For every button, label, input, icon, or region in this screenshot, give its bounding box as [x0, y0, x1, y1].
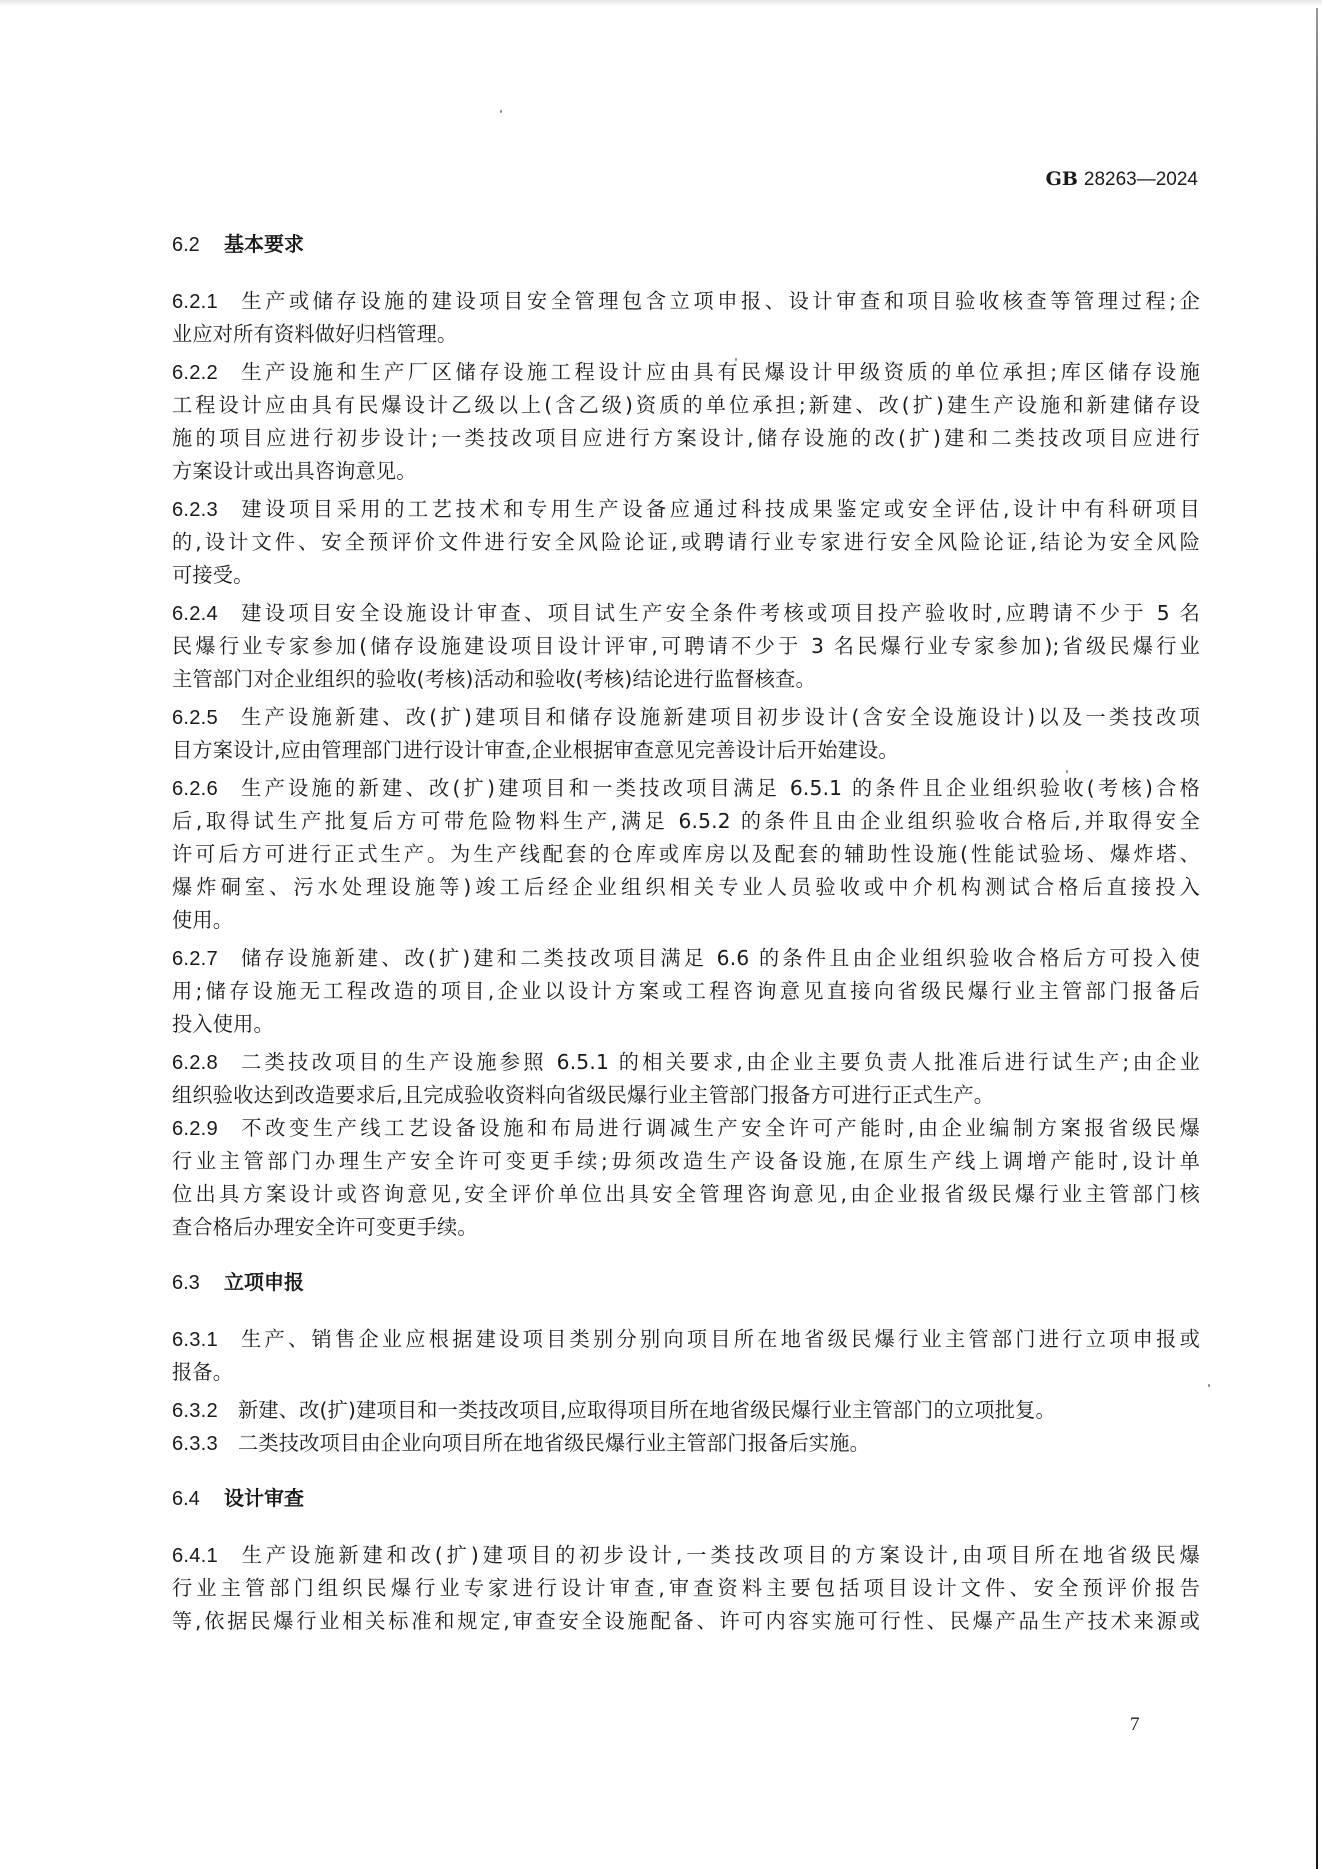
clause-text: 用;储存设施无工程改造的项目,企业以设计方案或工程咨询意见直接向省级民爆行业主管…: [172, 975, 1200, 1008]
clause-text: 主管部门对企业组织的验收(考核)活动和验收(考核)结论进行监督核查。: [172, 663, 1200, 696]
document-page: GB28263—2024 6.2基本要求 6.2.1生产或储存设施的建设项目安全…: [0, 0, 1322, 1869]
clause-number: 6.3.2: [172, 1395, 238, 1428]
clause-number: 6.2.3: [172, 494, 238, 527]
clause-number: 6.2.1: [172, 286, 238, 319]
clause-text: 二类技改项目由企业向项目所在地省级民爆行业主管部门报备后实施。: [238, 1431, 870, 1455]
clause-text: 的,设计文件、安全预评价文件进行安全风险论证,或聘请行业专家进行安全风险论证,结…: [172, 526, 1200, 559]
clause-text: 民爆行业专家参加(储存设施建设项目设计评审,可聘请不少于 3 名民爆行业专家参加…: [172, 630, 1200, 663]
clause-text: 行业主管部门办理生产安全许可变更手续;毋须改造生产设备设施,在原生产线上调增产能…: [172, 1145, 1200, 1178]
clause-text: 报备。: [172, 1356, 1200, 1389]
clause-6-2-3: 6.2.3建设项目采用的工艺技术和专用生产设备应通过科技成果鉴定或安全评估,设计…: [172, 493, 1200, 592]
scan-speck: [500, 110, 502, 113]
section-title: 基本要求: [224, 232, 304, 256]
clause-6-3-3: 6.3.3二类技改项目由企业向项目所在地省级民爆行业主管部门报备后实施。: [172, 1427, 1200, 1460]
clause-text: 生产设施新建、改(扩)建项目和储存设施新建项目初步设计(含安全设施设计)以及一类…: [238, 705, 1200, 729]
page-number: 7: [1130, 1714, 1140, 1736]
standard-code: GB28263—2024: [1030, 168, 1198, 191]
section-heading-6-2: 6.2基本要求: [172, 228, 1200, 261]
scan-top-edge: [0, 0, 1322, 6]
clause-number: 6.2.5: [172, 702, 238, 735]
clause-6-3-2: 6.3.2新建、改(扩)建项目和一类技改项目,应取得项目所在地省级民爆行业主管部…: [172, 1394, 1200, 1427]
clause-number: 6.2.4: [172, 598, 238, 631]
clause-6-3-1: 6.3.1生产、销售企业应根据建设项目类别分别向项目所在地省级民爆行业主管部门进…: [172, 1323, 1200, 1389]
clause-number: 6.2.9: [172, 1113, 238, 1146]
clause-text: 储存设施新建、改(扩)建和二类技改项目满足 6.6 的条件且由企业组织验收合格后…: [238, 946, 1200, 970]
clause-text: 等,依据民爆行业相关标准和规定,审查安全设施配备、许可内容实施可行性、民爆产品生…: [172, 1605, 1200, 1638]
scan-speck: [1208, 1384, 1210, 1387]
section-number: 6.4: [172, 1483, 224, 1516]
standard-prefix: GB: [1046, 168, 1078, 190]
clause-text: 生产设施新建和改(扩)建项目的初步设计,一类技改项目的方案设计,由项目所在地省级…: [238, 1543, 1200, 1567]
clause-6-2-5: 6.2.5生产设施新建、改(扩)建项目和储存设施新建项目初步设计(含安全设施设计…: [172, 701, 1200, 767]
clause-text: 新建、改(扩)建项目和一类技改项目,应取得项目所在地省级民爆行业主管部门的立项批…: [238, 1398, 1056, 1422]
clause-text: 查合格后办理安全许可变更手续。: [172, 1211, 1200, 1244]
section-title: 立项申报: [224, 1270, 304, 1294]
clause-text: 生产或储存设施的建设项目安全管理包含立项申报、设计审查和项目验收核查等管理过程;…: [238, 289, 1200, 313]
clause-number: 6.2.7: [172, 943, 238, 976]
clause-text: 可接受。: [172, 559, 1200, 592]
section-heading-6-4: 6.4设计审查: [172, 1482, 1200, 1515]
clause-text: 生产设施的新建、改(扩)建项目和一类技改项目满足 6.5.1 的条件且企业组织验…: [238, 776, 1200, 800]
clause-text: 不改变生产线工艺设备设施和布局进行调减生产安全许可产能时,由企业编制方案报省级民…: [238, 1116, 1200, 1140]
clause-number: 6.3.3: [172, 1428, 238, 1461]
section-title: 设计审查: [224, 1486, 304, 1510]
clause-number: 6.4.1: [172, 1540, 238, 1573]
clause-text: 建设项目安全设施设计审查、项目试生产安全条件考核或项目投产验收时,应聘请不少于 …: [238, 601, 1200, 625]
clause-text: 位出具方案设计或咨询意见,安全评价单位出具安全管理咨询意见,由企业报省级民爆行业…: [172, 1178, 1200, 1211]
clause-6-2-1: 6.2.1生产或储存设施的建设项目安全管理包含立项申报、设计审查和项目验收核查等…: [172, 285, 1200, 351]
standard-number: 28263—2024: [1084, 169, 1198, 190]
clause-text: 生产、销售企业应根据建设项目类别分别向项目所在地省级民爆行业主管部门进行立项申报…: [238, 1327, 1200, 1351]
clause-text: 组织验收达到改造要求后,且完成验收资料向省级民爆行业主管部门报备方可进行正式生产…: [172, 1079, 1200, 1112]
clause-6-2-8: 6.2.8二类技改项目的生产设施参照 6.5.1 的相关要求,由企业主要负责人批…: [172, 1046, 1200, 1112]
section-heading-6-3: 6.3立项申报: [172, 1266, 1200, 1299]
clause-6-2-9: 6.2.9不改变生产线工艺设备设施和布局进行调减生产安全许可产能时,由企业编制方…: [172, 1112, 1200, 1244]
clause-number: 6.3.1: [172, 1324, 238, 1357]
clause-text: 生产设施和生产厂区储存设施工程设计应由具有民爆设计甲级资质的单位承担;库区储存设…: [238, 360, 1200, 384]
clause-text: 后,取得试生产批复后方可带危险物料生产,满足 6.5.2 的条件且由企业组织验收…: [172, 805, 1200, 838]
clause-text: 行业主管部门组织民爆行业专家进行设计审查,审查资料主要包括项目设计文件、安全预评…: [172, 1572, 1200, 1605]
clause-text: 建设项目采用的工艺技术和专用生产设备应通过科技成果鉴定或安全评估,设计中有科研项…: [238, 497, 1200, 521]
clause-number: 6.2.2: [172, 357, 238, 390]
section-number: 6.2: [172, 229, 224, 262]
clause-text: 二类技改项目的生产设施参照 6.5.1 的相关要求,由企业主要负责人批准后进行试…: [238, 1050, 1200, 1074]
clause-number: 6.2.8: [172, 1047, 238, 1080]
section-number: 6.3: [172, 1267, 224, 1300]
clause-text: 施的项目应进行初步设计;一类技改项目应进行方案设计,储存设施的改(扩)建和二类技…: [172, 422, 1200, 455]
scan-right-edge: [1316, 8, 1318, 1869]
document-body: 6.2基本要求 6.2.1生产或储存设施的建设项目安全管理包含立项申报、设计审查…: [172, 228, 1200, 1638]
clause-6-2-6: 6.2.6生产设施的新建、改(扩)建项目和一类技改项目满足 6.5.1 的条件且…: [172, 772, 1200, 937]
clause-6-2-7: 6.2.7储存设施新建、改(扩)建和二类技改项目满足 6.6 的条件且由企业组织…: [172, 942, 1200, 1041]
clause-text: 工程设计应由具有民爆设计乙级以上(含乙级)资质的单位承担;新建、改(扩)建生产设…: [172, 389, 1200, 422]
clause-6-2-4: 6.2.4建设项目安全设施设计审查、项目试生产安全条件考核或项目投产验收时,应聘…: [172, 597, 1200, 696]
clause-text: 业应对所有资料做好归档管理。: [172, 318, 1200, 351]
clause-text: 目方案设计,应由管理部门进行设计审查,企业根据审查意见完善设计后开始建设。: [172, 734, 1200, 767]
clause-6-4-1: 6.4.1生产设施新建和改(扩)建项目的初步设计,一类技改项目的方案设计,由项目…: [172, 1539, 1200, 1638]
clause-text: 使用。: [172, 904, 1200, 937]
clause-number: 6.2.6: [172, 773, 238, 806]
clause-text: 方案设计或出具咨询意见。: [172, 455, 1200, 488]
clause-6-2-2: 6.2.2生产设施和生产厂区储存设施工程设计应由具有民爆设计甲级资质的单位承担;…: [172, 356, 1200, 488]
clause-text: 投入使用。: [172, 1008, 1200, 1041]
clause-text: 许可后方可进行正式生产。为生产线配套的仓库或库房以及配套的辅助性设施(性能试验场…: [172, 838, 1200, 871]
clause-text: 爆炸硐室、污水处理设施等)竣工后经企业组织相关专业人员验收或中介机构测试合格后直…: [172, 871, 1200, 904]
